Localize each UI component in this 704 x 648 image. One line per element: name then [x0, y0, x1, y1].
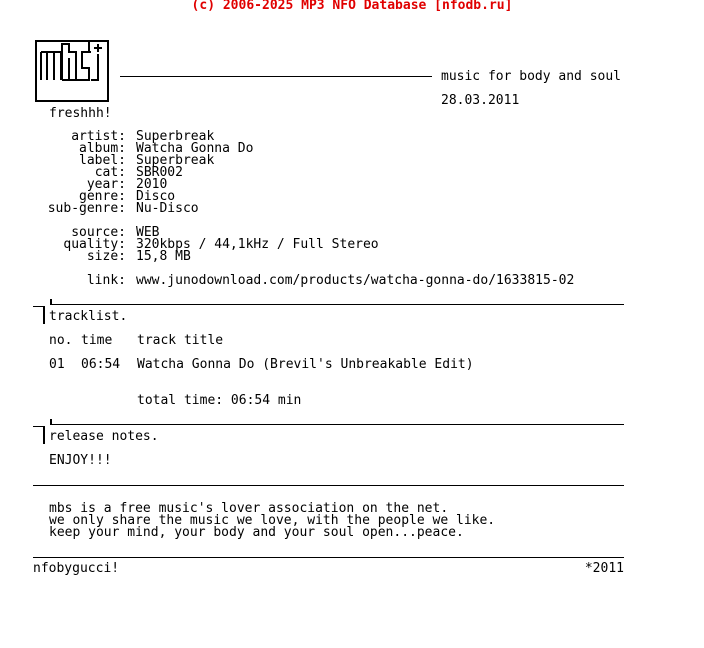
footer-rule — [33, 557, 624, 558]
about-rule — [33, 485, 624, 486]
track-no: 01 — [49, 359, 65, 371]
copyright-header: (c) 2006-2025 MP3 NFO Database [nfodb.ru… — [0, 0, 704, 12]
size-value: 15,8 MB — [136, 251, 191, 263]
about-line-3: keep your mind, your body and your soul … — [49, 527, 464, 539]
tracklist-title: tracklist. — [49, 311, 127, 323]
release-date: 28.03.2011 — [441, 95, 519, 107]
track-title: Watcha Gonna Do (Brevil's Unbreakable Ed… — [137, 359, 474, 371]
link-label: link: — [30, 275, 126, 287]
mbs-logo-icon — [35, 40, 110, 102]
total-time: total time: 06:54 min — [137, 395, 301, 407]
footer-credit: nfobygucci! — [33, 563, 119, 575]
header-rule — [120, 76, 432, 77]
tagline: music for body and soul — [441, 71, 621, 83]
freshhh-text: freshhh! — [49, 108, 112, 120]
col-time-header: time — [81, 335, 112, 347]
tracklist-rule — [50, 304, 624, 305]
footer-year: *2011 — [584, 563, 624, 575]
release-notes-text: ENJOY!!! — [49, 455, 112, 467]
col-title-header: track title — [137, 335, 223, 347]
col-no-header: no. — [49, 335, 72, 347]
track-time: 06:54 — [81, 359, 120, 371]
sub-genre-value: Nu-Disco — [136, 203, 199, 215]
section-bracket-left — [43, 306, 45, 324]
sub-genre-label: sub-genre: — [30, 203, 126, 215]
release-notes-title: release notes. — [49, 431, 159, 443]
link-value[interactable]: www.junodownload.com/products/watcha-gon… — [136, 275, 574, 287]
size-label: size: — [30, 251, 126, 263]
release-notes-rule — [50, 424, 624, 425]
section-bracket-left — [43, 426, 45, 444]
